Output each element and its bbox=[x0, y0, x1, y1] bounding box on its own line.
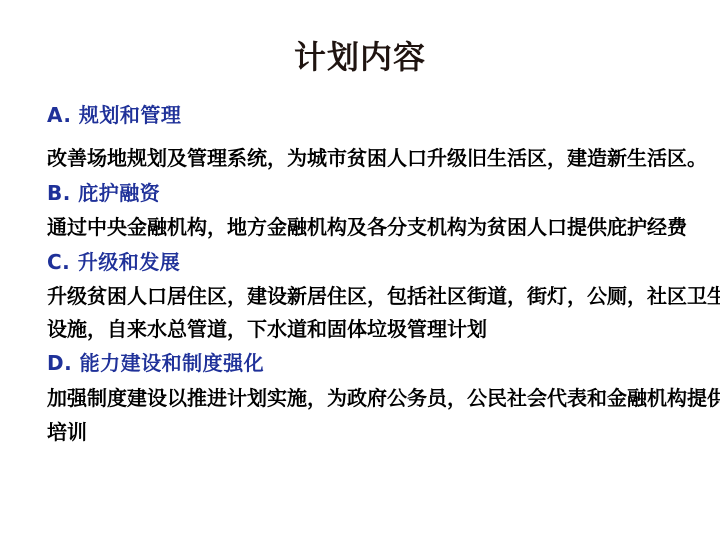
section-d-body-line-2: 培训 bbox=[47, 421, 697, 443]
section-c-heading: C. 升级和发展 bbox=[47, 251, 697, 273]
section-c-body-line-1: 升级贫困人口居住区，建设新居住区，包括社区街道，街灯，公厕，社区卫生 bbox=[47, 285, 697, 307]
slide-title: 计划内容 bbox=[0, 32, 720, 78]
section-b-heading: B. 庇护融资 bbox=[47, 182, 697, 204]
section-c-body-line-2: 设施，自来水总管道，下水道和固体垃圾管理计划 bbox=[47, 318, 697, 340]
section-a-heading: A. 规划和管理 bbox=[47, 104, 697, 126]
section-a-body-line-1: 改善场地规划及管理系统，为城市贫困人口升级旧生活区，建造新生活区。 bbox=[47, 147, 697, 169]
section-d-heading: D. 能力建设和制度强化 bbox=[47, 352, 697, 374]
presentation-slide: 计划内容 A. 规划和管理 改善场地规划及管理系统，为城市贫困人口升级旧生活区，… bbox=[0, 0, 720, 540]
section-d-body-line-1: 加强制度建设以推进计划实施，为政府公务员，公民社会代表和金融机构提供 bbox=[47, 387, 697, 409]
section-b-body-line-1: 通过中央金融机构，地方金融机构及各分支机构为贫困人口提供庇护经费 bbox=[47, 216, 697, 238]
